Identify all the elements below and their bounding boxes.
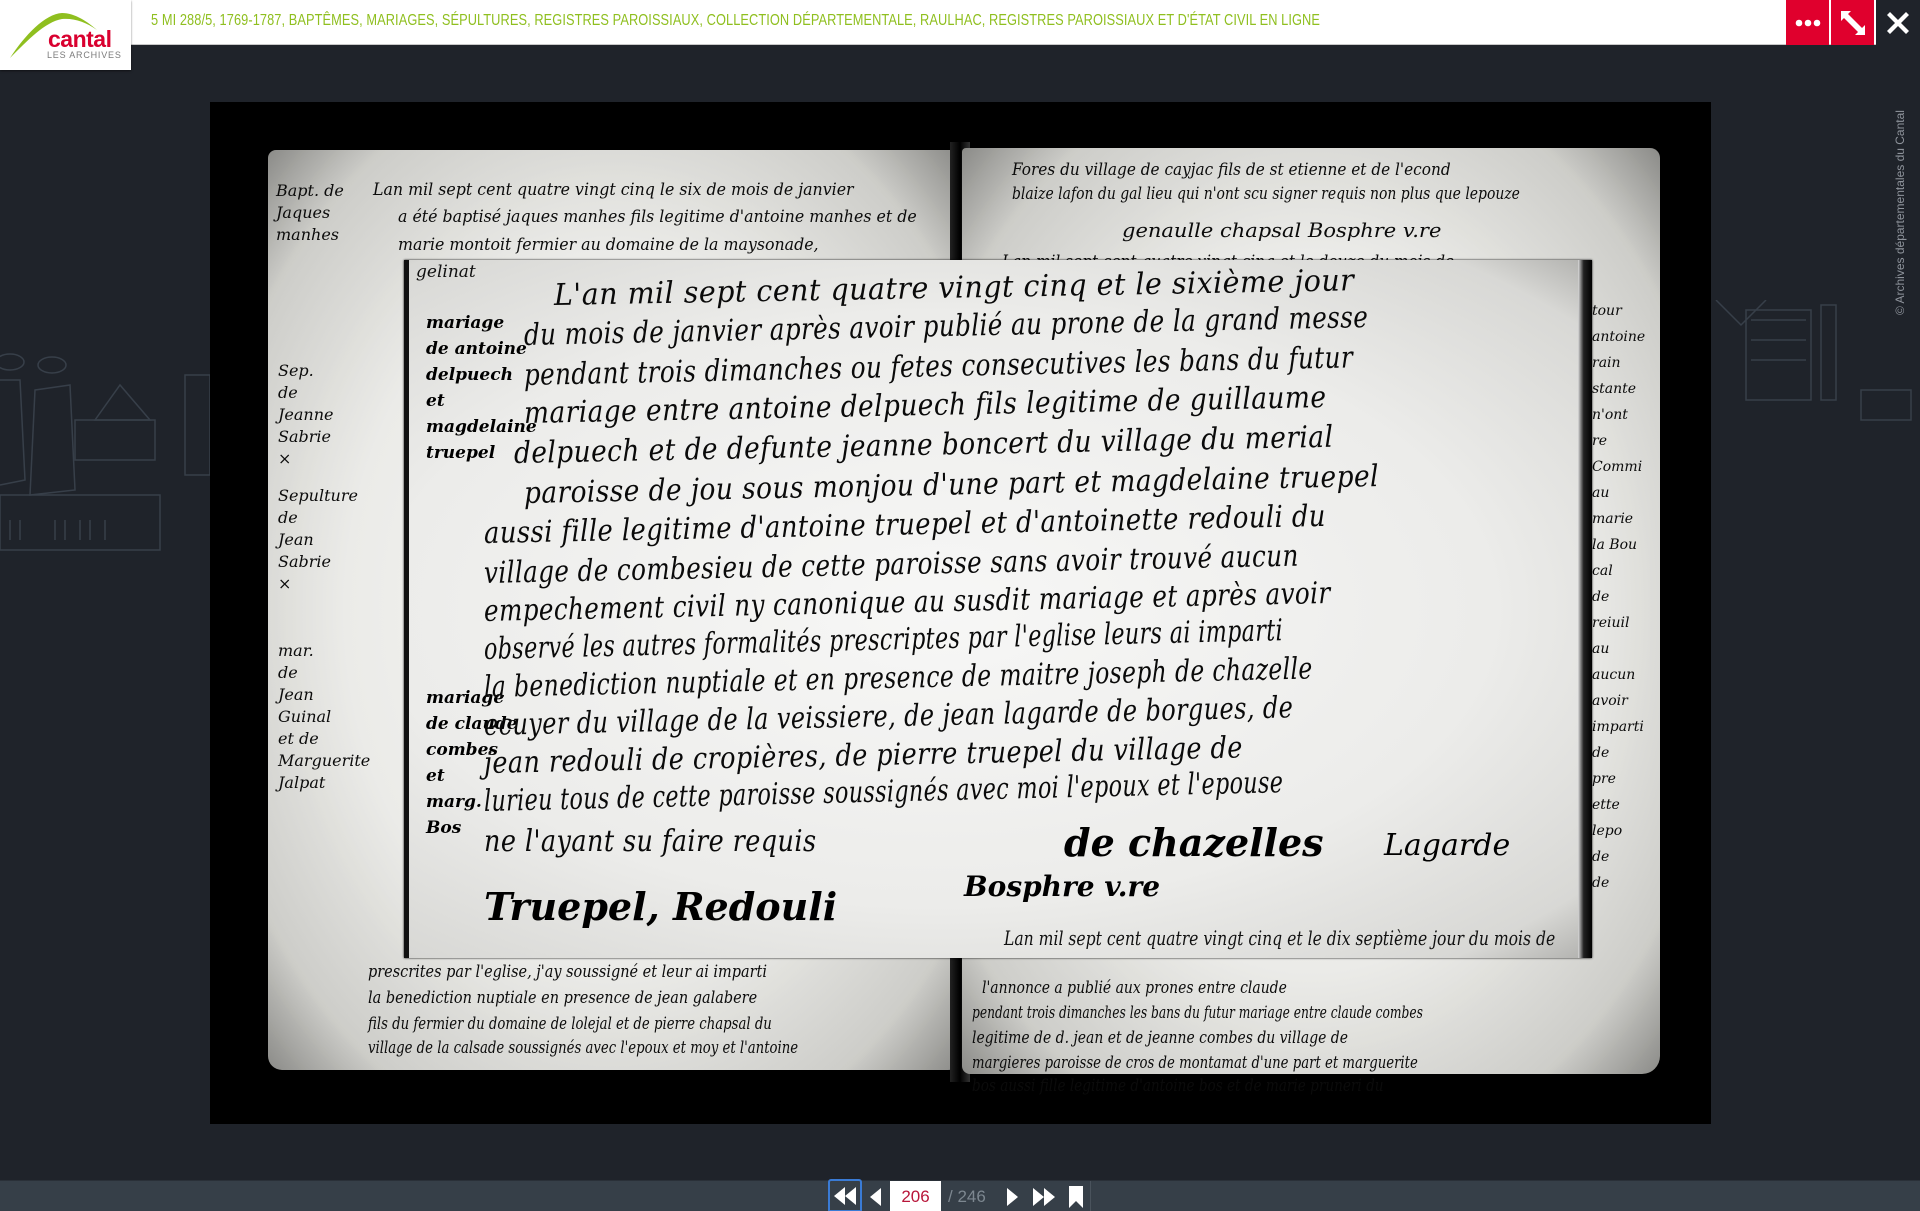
signature-chazelles: de chazelles [1064,820,1324,865]
margin-word: n'ont [1592,402,1652,428]
margin-word: re [1592,428,1652,454]
last-page-button[interactable] [1028,1181,1060,1211]
close-button[interactable] [1876,0,1920,45]
handwritten-line: marie montoit fermier au domaine de la m… [398,235,819,255]
margin-word: imparti [1592,714,1652,740]
handwritten-line: pendant trois dimanches les bans du futu… [972,1003,1423,1023]
handwritten-line: Fores du village de cayjac fils de st et… [1012,160,1451,180]
margin-word: mariage [426,310,537,336]
margin-word: et [426,388,537,414]
handwritten-line: l'annonce a publié aux prones entre clau… [982,978,1287,998]
margin-word: stante [1592,376,1652,402]
close-icon [1886,11,1910,35]
logo-brand-text: cantal [48,26,111,53]
inset-top-note: gelinat [416,262,476,282]
margin-word: reiuil [1592,610,1652,636]
background-illustration-left [0,320,210,560]
handwritten-line: Lan mil sept cent quatre vingt cinq et l… [1004,926,1555,950]
margin-word: antoine [1592,324,1652,350]
margin-word: de [1592,584,1652,610]
margin-word: Commi [1592,454,1652,480]
handwritten-line: fils du fermier du domaine de lolejal et… [368,1014,772,1034]
double-chevron-left-icon [833,1187,857,1205]
margin-word: delpuech [426,362,537,388]
handwritten-line: legitime de d. jean et de jeanne combes … [972,1028,1348,1048]
inset-left-rule [404,260,409,958]
background-illustration-right [1711,300,1920,520]
margin-word: rain [1592,350,1652,376]
signatures-line: genaulle chapsal Bosphre v.re [1122,218,1441,242]
margin-note: Sep. de Jeanne Sabrie × [278,360,338,470]
fullscreen-button[interactable] [1831,0,1874,45]
more-dots-icon [1795,19,1821,27]
right-margin-words: tour antoine rain stante n'ont re Commi … [1592,298,1652,896]
handwritten-line: village de la calsade soussignés avec l'… [368,1038,798,1058]
margin-word: cal [1592,558,1652,584]
page-number-input[interactable] [890,1181,941,1211]
handwritten-line: prescrites par l'eglise, j'ay soussigné … [368,962,767,982]
document-viewer[interactable]: Bapt. de Jaques manhes Sep. de Jeanne Sa… [210,102,1711,1124]
handwritten-line: Lan mil sept cent quatre vingt cinq le s… [373,180,854,200]
next-page-button[interactable] [998,1181,1026,1211]
signature-bosphre: Bosphre v.re [964,870,1160,903]
margin-word: aucun [1592,662,1652,688]
page-total: / 246 [948,1187,986,1207]
handwritten-line: a été baptisé jaques manhes fils legitim… [398,207,917,227]
bookmark-button[interactable] [1062,1181,1090,1211]
inset-right-edge [1578,260,1592,958]
margin-note: Sepulture de Jean Sabrie × [278,485,338,595]
margin-word: de [1592,870,1652,896]
margin-word: de [1592,844,1652,870]
bookmark-icon [1069,1186,1083,1208]
magnified-record-inset[interactable]: gelinat mariage de antoine delpuech et m… [404,260,1592,958]
margin-word: la Bou [1592,532,1652,558]
margin-word: au [1592,480,1652,506]
copyright-notice: © Archives départementales du Cantal [1893,110,1907,315]
pagination-bar: / 246 [0,1180,1920,1211]
previous-page-button[interactable] [864,1181,888,1211]
logo-subtitle: LES ARCHIVES [47,50,122,60]
divider [1090,1181,1091,1211]
expand-arrows-icon [1839,9,1867,37]
margin-note: mar. de Jean Guinal et de Marguerite Jal… [278,640,338,794]
margin-note: Bapt. de Jaques manhes [276,180,346,246]
chevron-right-icon [1006,1188,1018,1206]
chevron-left-icon [870,1188,882,1206]
cantal-archives-logo[interactable]: cantal LES ARCHIVES [0,0,131,70]
first-page-button[interactable] [828,1179,862,1211]
margin-word: avoir [1592,688,1652,714]
page-title: 5 MI 288/5, 1769-1787, BAPTÊMES, MARIAGE… [151,12,1320,30]
margin-word: ette [1592,792,1652,818]
margin-word: marie [1592,506,1652,532]
margin-word: au [1592,636,1652,662]
margin-word: de antoine [426,336,537,362]
handwritten-line: blaize lafon du gal lieu qui n'ont scu s… [1012,184,1520,204]
more-options-button[interactable] [1786,0,1829,45]
signature-truepel-redouli: Truepel, Redouli [484,884,837,929]
margin-word: pre [1592,766,1652,792]
record-line: ne l'ayant su faire requis [484,824,816,859]
header-bar: 5 MI 288/5, 1769-1787, BAPTÊMES, MARIAGE… [0,0,1920,45]
handwritten-line: margieres paroisse de cros de montamat d… [972,1053,1418,1073]
margin-word: lepo [1592,818,1652,844]
handwritten-line: bos aussi fille legitime d'antoine bos e… [972,1076,1384,1096]
double-chevron-right-icon [1032,1188,1056,1206]
margin-word: de [1592,740,1652,766]
handwritten-line: la benediction nuptiale en presence de j… [368,988,757,1008]
signature-lagarde: Lagarde [1384,828,1510,863]
margin-word: tour [1592,298,1652,324]
